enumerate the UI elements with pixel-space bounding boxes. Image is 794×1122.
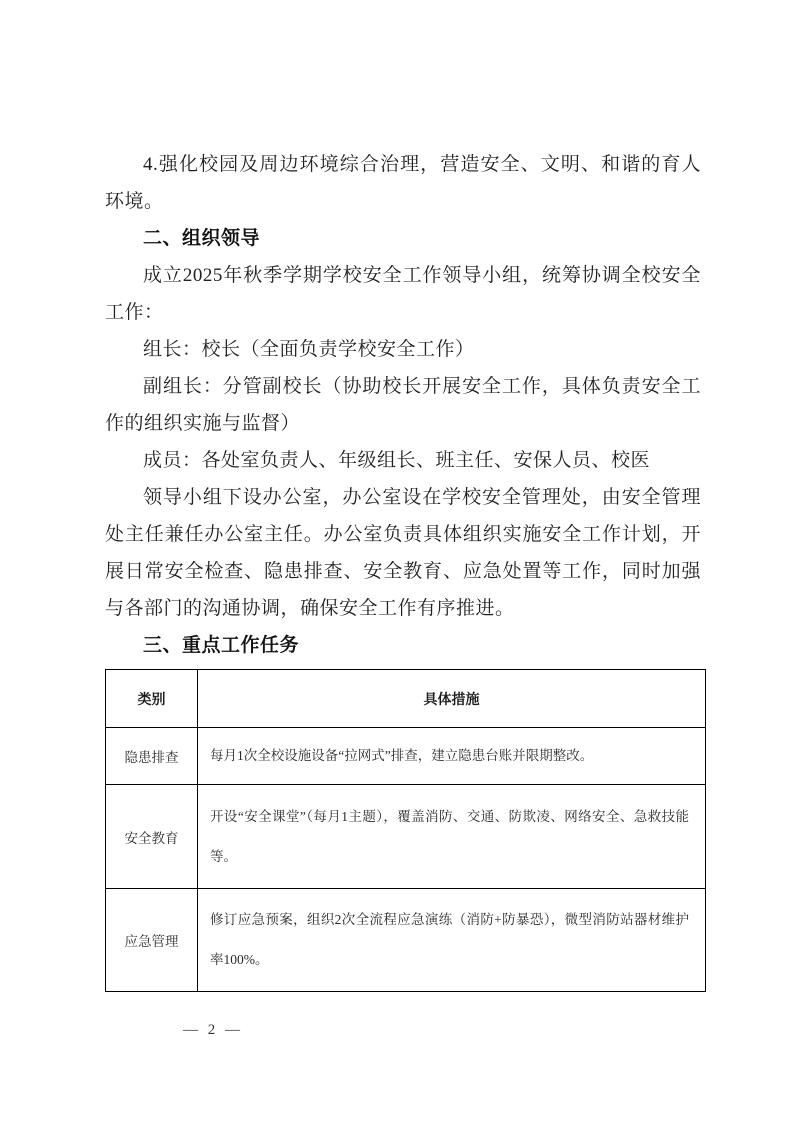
table-header-measures: 具体措施 [198, 670, 706, 728]
key-tasks-table: 类别 具体措施 隐患排查 每月1次全校设施设备“拉网式”排查，建立隐患台账并限期… [105, 669, 706, 992]
table-header-category: 类别 [106, 670, 198, 728]
page-number: — 2 — [183, 1018, 243, 1042]
measure-emergency-management: 修订应急预案，组织2次全流程应急演练（消防+防暴恐），微型消防站器材维护率100… [198, 889, 706, 992]
paragraph-members: 成员：各处室负责人、年级组长、班主任、安保人员、校医 [105, 442, 701, 479]
measure-safety-education: 开设“安全课堂”（每月1主题），覆盖消防、交通、防欺凌、网络安全、急救技能等。 [198, 785, 706, 889]
table-header-row: 类别 具体措施 [106, 670, 706, 728]
paragraph-campus-environment: 4.强化校园及周边环境综合治理，营造安全、文明、和谐的育人环境。 [105, 146, 701, 220]
paragraph-office-duties: 领导小组下设办公室，办公室设在学校安全管理处，由安全管理处主任兼任办公室主任。办… [105, 479, 701, 627]
table-row: 应急管理 修订应急预案，组织2次全流程应急演练（消防+防暴恐），微型消防站器材维… [106, 889, 706, 992]
measure-hazard-inspection: 每月1次全校设施设备“拉网式”排查，建立隐患台账并限期整改。 [198, 728, 706, 785]
paragraph-group-leader: 组长：校长（全面负责学校安全工作） [105, 331, 701, 368]
table-row: 隐患排查 每月1次全校设施设备“拉网式”排查，建立隐患台账并限期整改。 [106, 728, 706, 785]
document-page: 4.强化校园及周边环境综合治理，营造安全、文明、和谐的育人环境。 二、组织领导 … [0, 0, 794, 1122]
category-emergency-management: 应急管理 [106, 889, 198, 992]
category-hazard-inspection: 隐患排查 [106, 728, 198, 785]
document-content: 4.强化校园及周边环境综合治理，营造安全、文明、和谐的育人环境。 二、组织领导 … [105, 146, 701, 992]
category-safety-education: 安全教育 [106, 785, 198, 889]
table-row: 安全教育 开设“安全课堂”（每月1主题），覆盖消防、交通、防欺凌、网络安全、急救… [106, 785, 706, 889]
paragraph-group-setup: 成立2025年秋季学期学校安全工作领导小组，统筹协调全校安全工作： [105, 257, 701, 331]
paragraph-deputy-leader: 副组长：分管副校长（协助校长开展安全工作，具体负责安全工作的组织实施与监督） [105, 368, 701, 442]
heading-key-tasks: 三、重点工作任务 [105, 627, 701, 664]
heading-organization-leadership: 二、组织领导 [105, 220, 701, 257]
